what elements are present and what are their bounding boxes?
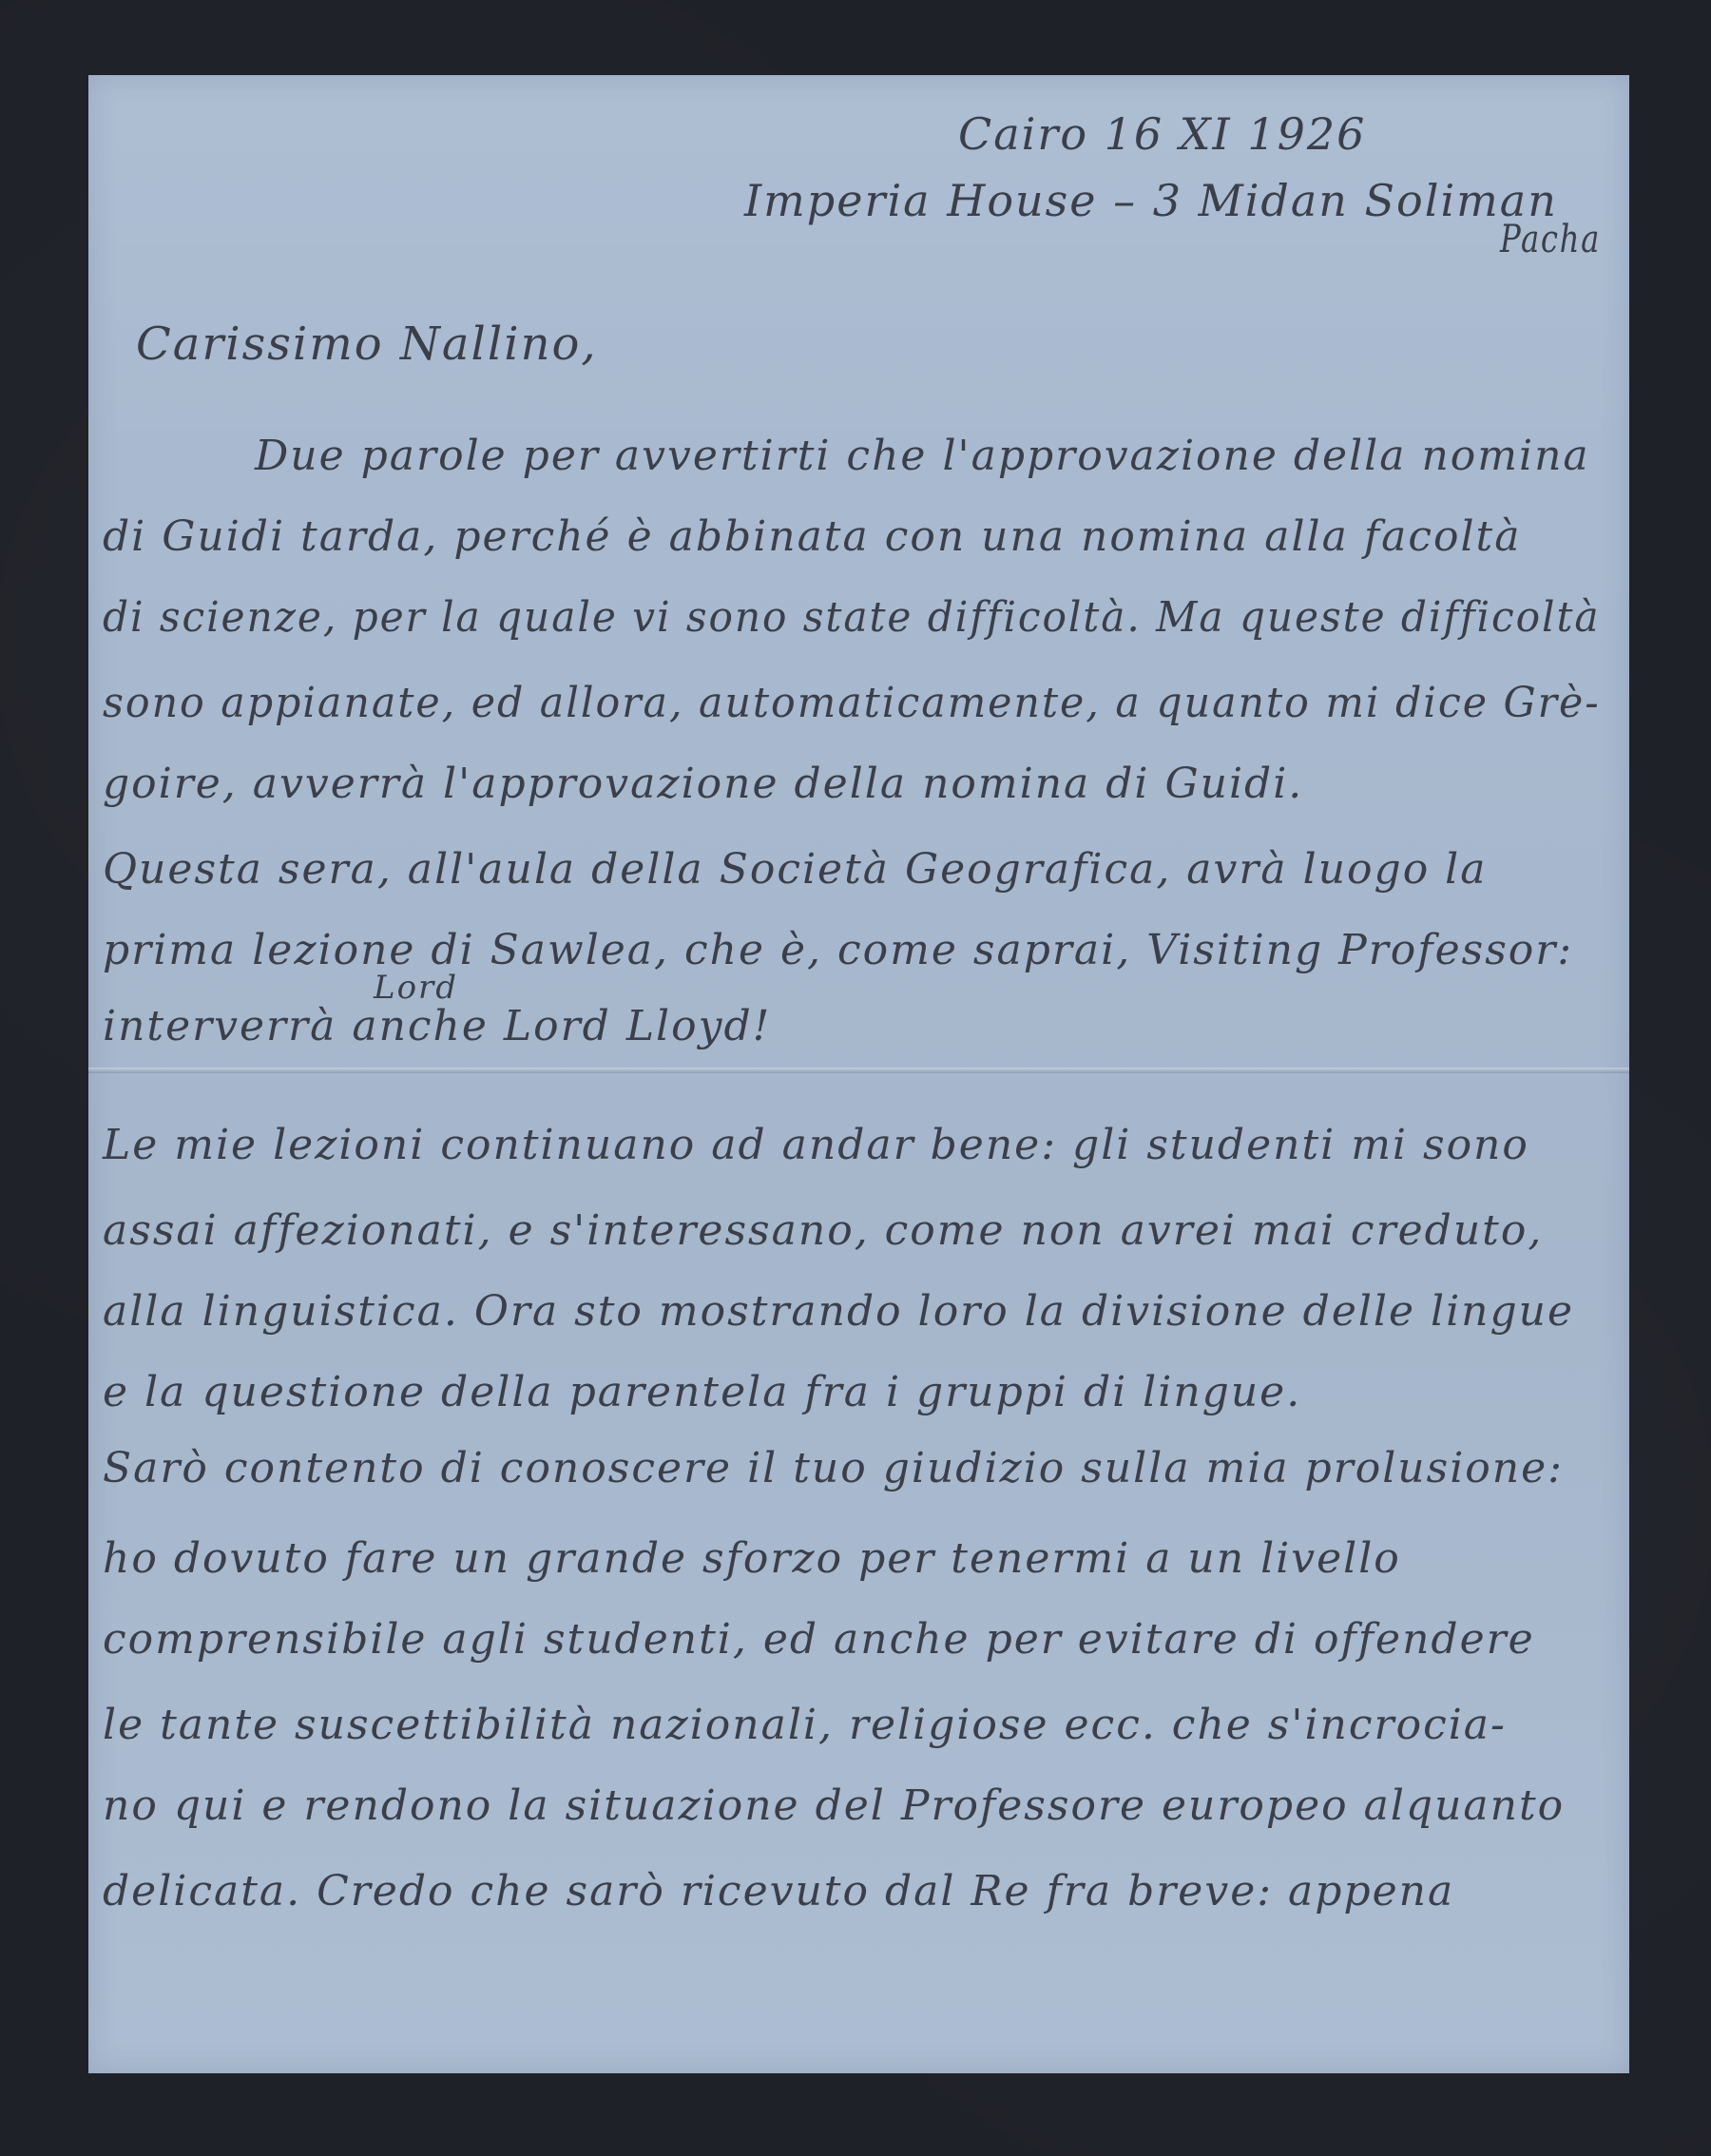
body-line: le tante suscettibilità nazionali, relig… (103, 1701, 1507, 1749)
body-line: di Guidi tarda, perché è abbinata con un… (103, 512, 1521, 561)
body-line: Sarò contento di conoscere il tuo giudiz… (103, 1444, 1564, 1492)
letter-date: Cairo 16 XI 1926 (958, 108, 1366, 160)
body-line: delicata. Credo che sarò ricevuto dal Re… (103, 1867, 1454, 1915)
body-line: interverrà anche Lord Lloyd! (103, 1002, 771, 1050)
body-line: di scienze, per la quale vi sono state d… (103, 593, 1601, 642)
letter-salutation: Carissimo Nallino, (136, 318, 598, 371)
interlinear-insertion: Lord (374, 969, 458, 1007)
body-line: Le mie lezioni continuano ad andar bene:… (103, 1121, 1529, 1169)
body-line: Due parole per avvertirti che l'approvaz… (255, 432, 1590, 480)
body-line: alla linguistica. Ora sto mostrando loro… (103, 1287, 1574, 1336)
letter-address-line-2: Pacha (1500, 218, 1601, 261)
letter-page: Cairo 16 XI 1926 Imperia House – 3 Midan… (88, 75, 1629, 2073)
paper-fold-crease (88, 1068, 1629, 1073)
body-line: goire, avverrà l'approvazione della nomi… (103, 760, 1303, 808)
body-line: comprensibile agli studenti, ed anche pe… (103, 1615, 1535, 1664)
body-line: assai affezionati, e s'interessano, come… (103, 1206, 1543, 1255)
body-line: no qui e rendono la situazione del Profe… (103, 1781, 1565, 1830)
body-line: e la questione della parentela fra i gru… (103, 1368, 1301, 1416)
letter-address-line-1: Imperia House – 3 Midan Soliman (744, 175, 1558, 226)
body-line: ho dovuto fare un grande sforzo per tene… (103, 1534, 1401, 1583)
body-line: Questa sera, all'aula della Società Geog… (103, 845, 1487, 894)
body-line: prima lezione di Sawlea, che è, come sap… (103, 926, 1573, 974)
body-line: sono appianate, ed allora, automaticamen… (103, 679, 1601, 727)
